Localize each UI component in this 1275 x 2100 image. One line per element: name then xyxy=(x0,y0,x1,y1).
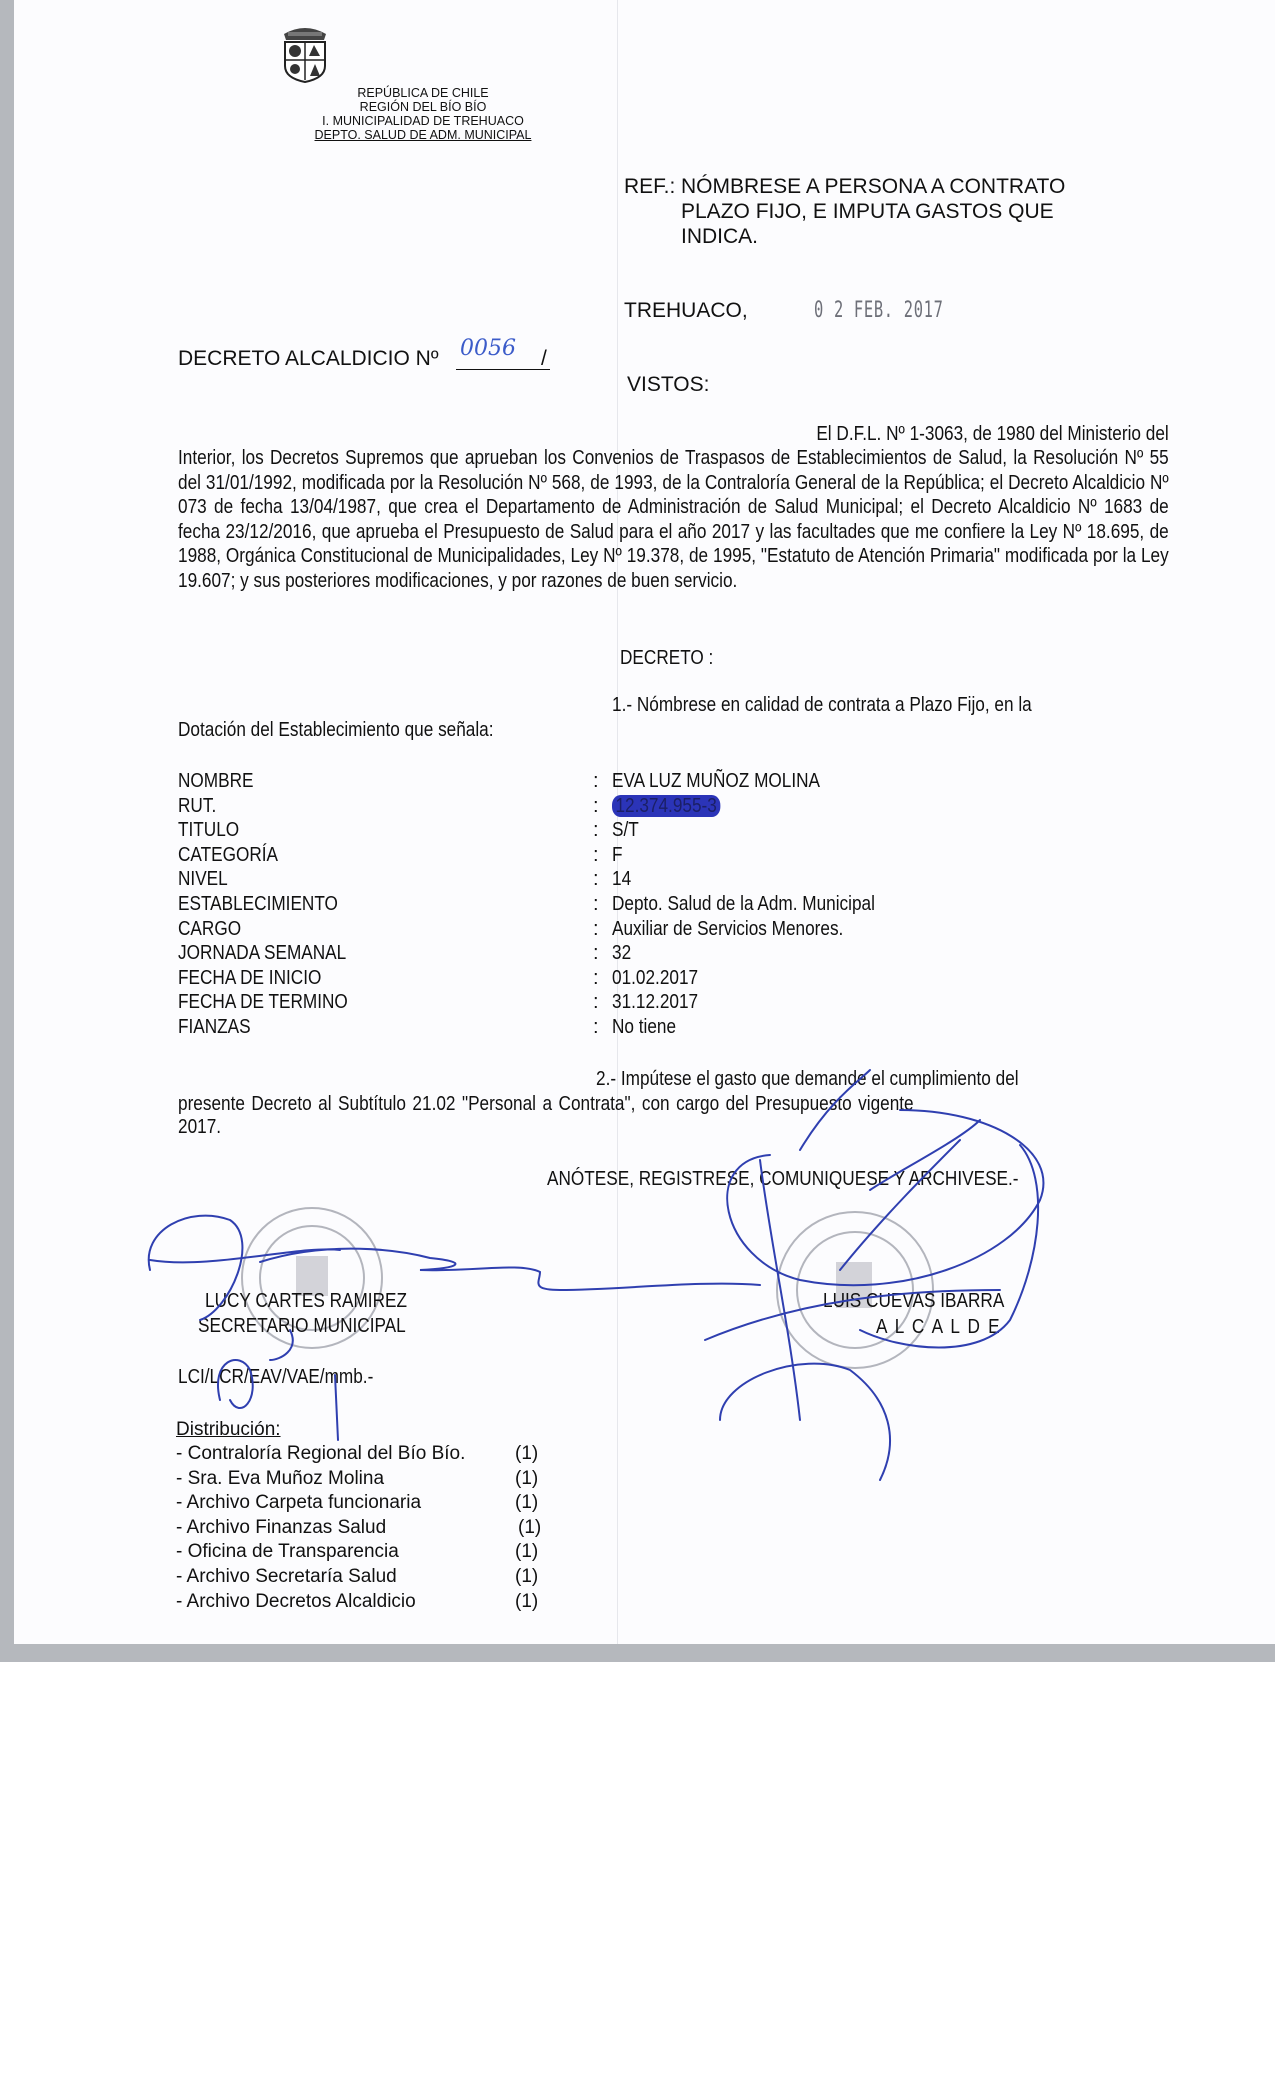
vistos-first-line: El D.F.L. Nº 1-3063, de 1980 del Ministe… xyxy=(178,422,1169,447)
field-separator: : xyxy=(593,795,599,818)
field-value: No tiene xyxy=(612,1016,676,1039)
field-label: JORNADA SEMANAL xyxy=(178,942,346,965)
field-value: 12.374.955-3 xyxy=(612,795,720,818)
decree-number-label: DECRETO ALCALDICIO Nº xyxy=(178,346,439,371)
field-value: Depto. Salud de la Adm. Municipal xyxy=(612,893,875,916)
field-value: EVA LUZ MUÑOZ MOLINA xyxy=(612,770,820,793)
decree-number-underline xyxy=(456,369,550,370)
decreto-item1: 1.- Nómbrese en calidad de contrata a Pl… xyxy=(612,694,1032,717)
date-stamp: 0 2 FEB. 2017 xyxy=(814,298,944,323)
ref-line: PLAZO FIJO, E IMPUTA GASTOS QUE xyxy=(681,199,1054,224)
header-line: REGIÓN DEL BÍO BÍO xyxy=(273,100,573,114)
field-value: 01.02.2017 xyxy=(612,967,698,990)
distribution-recipient: - Contraloría Regional del Bío Bío. xyxy=(176,1443,465,1465)
decreto-item2-line2: presente Decreto al Subtítulo 21.02 "Per… xyxy=(178,1092,1169,1117)
field-separator: : xyxy=(593,893,599,916)
field-label: RUT. xyxy=(178,795,216,818)
field-label: FIANZAS xyxy=(178,1016,251,1039)
field-label: TITULO xyxy=(178,819,239,842)
distribution-recipient: - Archivo Finanzas Salud xyxy=(176,1517,386,1539)
field-separator: : xyxy=(593,819,599,842)
field-separator: : xyxy=(593,942,599,965)
distribution-recipient: - Oficina de Transparencia xyxy=(176,1541,399,1563)
ref-line: NÓMBRESE A PERSONA A CONTRATO xyxy=(681,174,1065,199)
vistos-heading: VISTOS: xyxy=(627,372,709,397)
decree-number-suffix: / xyxy=(541,346,547,371)
decreto-item1-cont: Dotación del Establecimiento que señala: xyxy=(178,719,494,742)
header-line: REPÚBLICA DE CHILE xyxy=(273,86,573,100)
field-separator: : xyxy=(593,844,599,867)
initials: LCI/LCR/EAV/VAE/mmb.- xyxy=(178,1366,373,1389)
field-value: 32 xyxy=(612,942,631,965)
field-label: NOMBRE xyxy=(178,770,254,793)
distribution-copies: (1) xyxy=(515,1468,538,1490)
distribution-heading: Distribución: xyxy=(176,1418,281,1443)
header-department: DEPTO. SALUD DE ADM. MUNICIPAL xyxy=(273,128,573,142)
secretary-name: LUCY CARTES RAMIREZ xyxy=(205,1290,407,1313)
distribution-recipient: - Sra. Eva Muñoz Molina xyxy=(176,1468,384,1490)
distribution-recipient: - Archivo Carpeta funcionaria xyxy=(176,1492,421,1514)
field-value: 31.12.2017 xyxy=(612,991,698,1014)
decree-number-handwritten: 0056 xyxy=(460,336,516,361)
distribution-recipient: - Archivo Secretaría Salud xyxy=(176,1566,397,1588)
distribution-copies: (1) xyxy=(515,1443,538,1465)
mayor-name: LUIS CUEVAS IBARRA xyxy=(823,1290,1004,1313)
decreto-item2-line3: 2017. xyxy=(178,1116,221,1139)
coat-of-arms-icon xyxy=(276,24,334,84)
distribution-copies: (1) xyxy=(515,1591,538,1613)
distribution-recipient: - Archivo Decretos Alcaldicio xyxy=(176,1591,416,1613)
ref-line: INDICA. xyxy=(681,224,758,249)
field-separator: : xyxy=(593,967,599,990)
field-label: FECHA DE INICIO xyxy=(178,967,321,990)
field-separator: : xyxy=(593,868,599,891)
field-value: F xyxy=(612,844,623,867)
distribution-copies: (1) xyxy=(515,1541,538,1563)
distribution-copies: (1) xyxy=(518,1517,541,1539)
field-value: Auxiliar de Servicios Menores. xyxy=(612,918,843,941)
distribution-copies: (1) xyxy=(515,1566,538,1588)
field-separator: : xyxy=(593,1016,599,1039)
field-label: CARGO xyxy=(178,918,241,941)
place: TREHUACO, xyxy=(624,298,748,323)
field-label: NIVEL xyxy=(178,868,228,891)
field-value: S/T xyxy=(612,819,639,842)
field-separator: : xyxy=(593,770,599,793)
header-line: I. MUNICIPALIDAD DE TREHUACO xyxy=(273,114,573,128)
ref-label: REF.: xyxy=(624,174,675,199)
field-label: FECHA DE TERMINO xyxy=(178,991,348,1014)
decreto-item2: 2.- Impútese el gasto que demande el cum… xyxy=(596,1068,1019,1091)
field-separator: : xyxy=(593,918,599,941)
vistos-first-text: El D.F.L. Nº 1-3063, de 1980 del Ministe… xyxy=(816,423,1168,445)
mayor-title: A L C A L D E xyxy=(876,1316,1001,1339)
decreto-heading: DECRETO : xyxy=(620,647,713,670)
secretary-title: SECRETARIO MUNICIPAL xyxy=(198,1315,406,1338)
vistos-body: Interior, los Decretos Supremos que apru… xyxy=(178,446,1169,593)
distribution-copies: (1) xyxy=(515,1492,538,1514)
field-separator: : xyxy=(593,991,599,1014)
field-label: CATEGORÍA xyxy=(178,844,278,867)
field-label: ESTABLECIMIENTO xyxy=(178,893,338,916)
field-value: 14 xyxy=(612,868,631,891)
closing-formula: ANÓTESE, REGISTRESE, COMUNIQUESE Y ARCHI… xyxy=(547,1168,1019,1191)
